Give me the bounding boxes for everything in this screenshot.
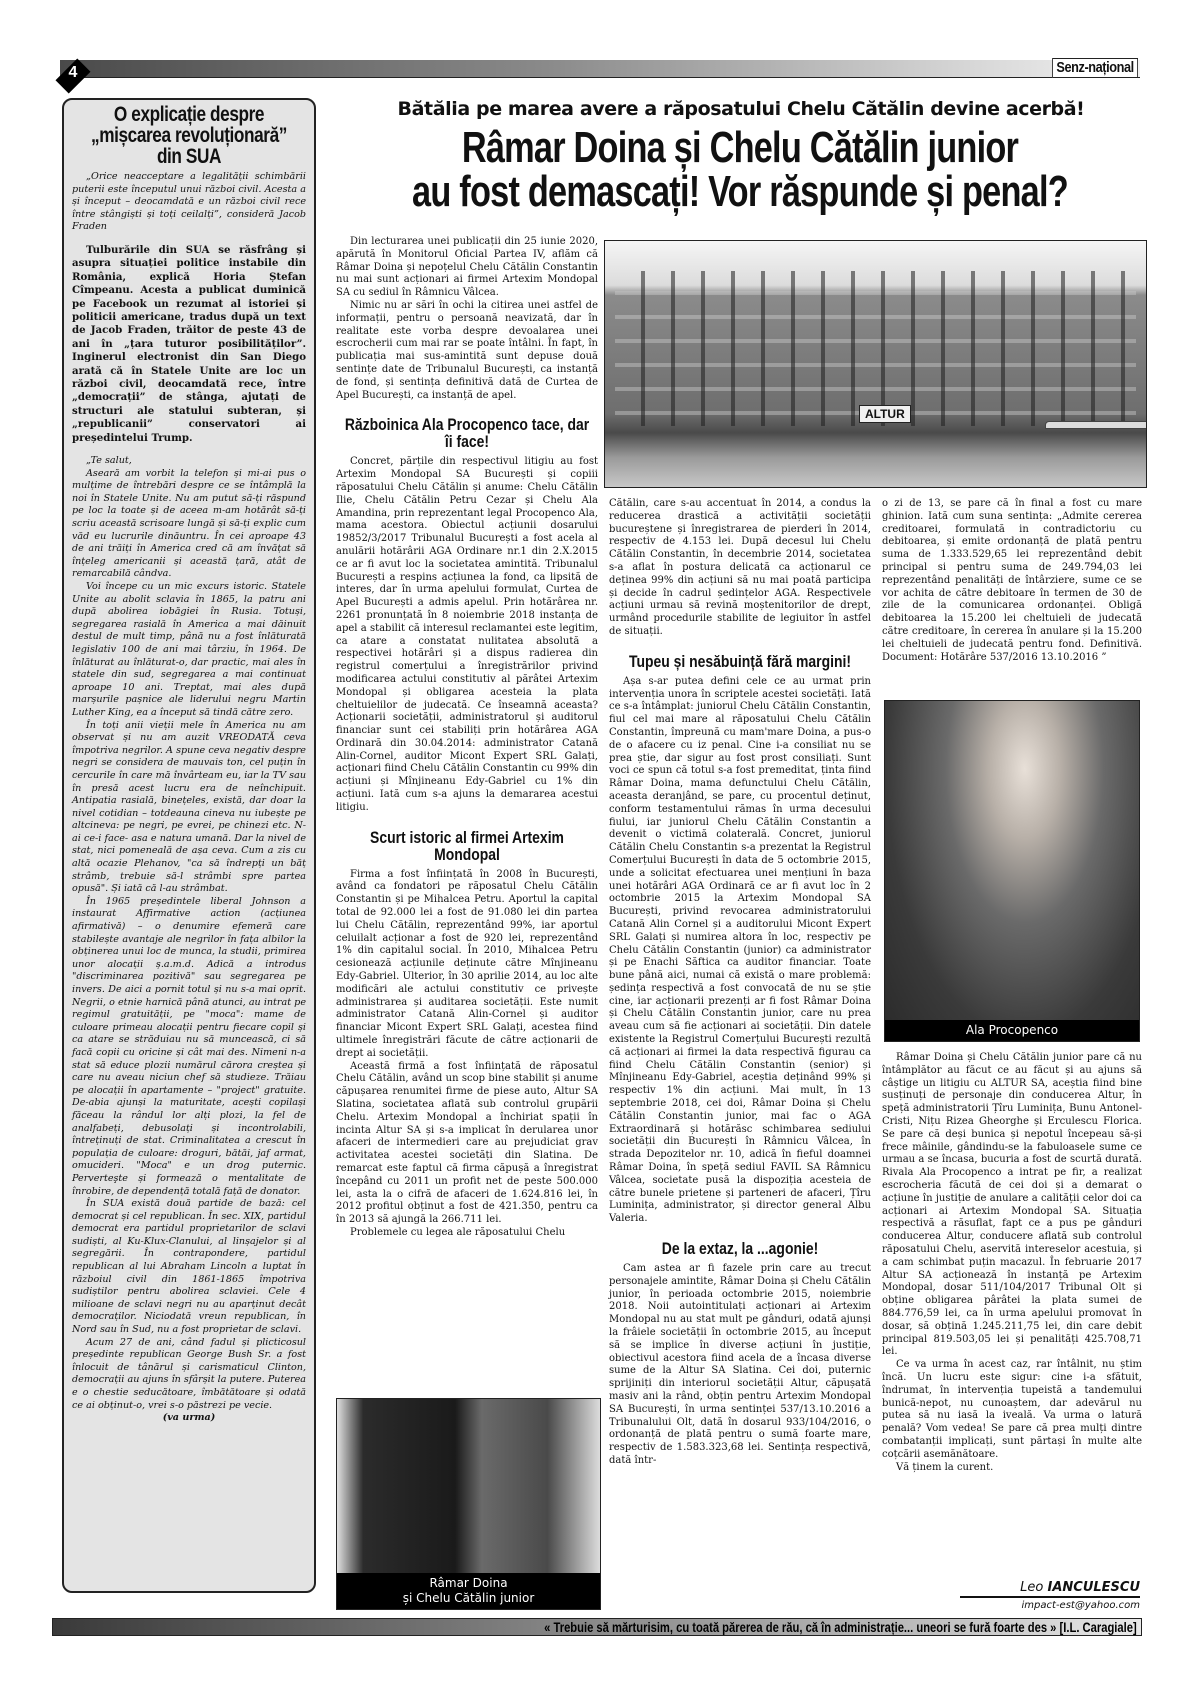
article-paragraph: Această firmă a fost înființată de răpos…	[336, 1061, 598, 1227]
article-paragraph: Așa s-ar putea defini cele ce au urmat p…	[609, 676, 871, 1226]
sidebar-paragraph: Acum 27 de ani, când fadul și plicticosu…	[72, 1337, 306, 1413]
article-paragraph: Nimic nu ar sări în ochi la citirea unei…	[336, 300, 598, 402]
headline-line: au fost demascați! Vor răspunde și penal…	[327, 170, 1154, 214]
altur-sign: ALTUR	[859, 405, 911, 423]
ala-procopenco-photo: Ala Procopenco	[884, 700, 1140, 1042]
footer-quote-bar: « Trebuie să mărturisim, cu toată părere…	[52, 1618, 1142, 1636]
page-number: 4	[69, 64, 78, 82]
author-name: Leo IANCULESCU	[960, 1580, 1140, 1598]
article-paragraph: Cam astea ar fi fazele prin care au trec…	[609, 1263, 871, 1468]
article-column-1: Din lecturarea unei publicații din 25 iu…	[336, 236, 598, 1240]
bus-shelter	[1045, 421, 1147, 429]
article-paragraph: Problemele cu legea ale răposatului Chel…	[336, 1227, 598, 1240]
article-paragraph: Râmar Doina și Chelu Cătălin junior pare…	[882, 1052, 1142, 1359]
ramar-doina-chelu-photo: Râmar Doina și Chelu Cătălin junior	[336, 1398, 601, 1610]
article-paragraph: Concret, părțile din respectivul litigiu…	[336, 456, 598, 814]
article-headline: Râmar Doina și Chelu Cătălin junior au f…	[420, 126, 1060, 214]
building-facade	[615, 271, 1136, 426]
author-signature: Leo IANCULESCU impact-est@yahoo.com	[960, 1580, 1140, 1611]
subheading: Războinica Ala Procopenco tace, dar îi f…	[343, 416, 591, 450]
sidebar-paragraph: Voi începe cu un mic excurs istoric. Sta…	[72, 581, 306, 720]
footer-quote: « Trebuie să mărturisim, cu toată părere…	[544, 1619, 1137, 1635]
article-paragraph: Vă ținem la curent.	[882, 1462, 1142, 1475]
article-column-3-continued: Râmar Doina și Chelu Cătălin junior pare…	[882, 1052, 1142, 1474]
sidebar-title-line: O explicație despre	[114, 103, 264, 126]
subheading: Tupeu și nesăbuință fără margini!	[616, 653, 864, 670]
sidebar-quote: „Orice neacceptare a legalității schimbă…	[72, 171, 306, 234]
caption-line: și Chelu Cătălin junior	[403, 1591, 535, 1605]
altur-building-photo: ALTUR	[604, 240, 1147, 488]
sidebar-paragraph: Aseară am vorbit la telefon și mi-ai pus…	[72, 468, 306, 581]
sidebar-paragraph: În SUA există două partide de bază: cel …	[72, 1198, 306, 1337]
sidebar-lead: Tulburările din SUA se răsfrâng și asupr…	[72, 244, 306, 445]
sidebar-article: O explicație despre „mișcarea revoluțion…	[62, 98, 316, 1593]
photo-caption: Râmar Doina și Chelu Cătălin junior	[337, 1573, 600, 1609]
article-paragraph: Firma a fost înființată în 2008 în Bucur…	[336, 869, 598, 1061]
subheading: Scurt istoric al firmei Artexim Mondopal	[343, 829, 591, 863]
article-paragraph: Ce va urma în acest caz, rar întâlnit, n…	[882, 1359, 1142, 1461]
article-column-2: Cătălin, care s-au accentuat în 2014, a …	[609, 498, 871, 1468]
header-bar	[60, 60, 1140, 78]
photo-caption: Ala Procopenco	[885, 1020, 1139, 1041]
page-number-badge: 4	[60, 56, 86, 96]
subheading: De la extaz, la ...agonie!	[616, 1240, 864, 1257]
sidebar-paragraph: În 1965 președintele liberal Johnson a i…	[72, 896, 306, 1198]
sidebar-title: O explicație despre „mișcarea revoluțion…	[77, 104, 302, 167]
headline-line: Râmar Doina și Chelu Cătălin junior	[327, 126, 1154, 170]
article-paragraph: Din lecturarea unei publicații din 25 iu…	[336, 236, 598, 300]
article-kicker: Bătălia pe marea avere a răposatului Che…	[336, 98, 1146, 120]
sidebar-title-line: din SUA	[157, 145, 221, 168]
to-be-continued: (va urma)	[72, 1412, 306, 1425]
article-paragraph: Cătălin, care s-au accentuat în 2014, a …	[609, 498, 871, 639]
caption-line: Râmar Doina	[429, 1576, 507, 1590]
article-paragraph: o zi de 13, se pare că în final a fost c…	[882, 498, 1142, 664]
sidebar-paragraph: „Te salut,	[72, 455, 306, 468]
sidebar-paragraph: În toți anii vieții mele în America nu a…	[72, 720, 306, 896]
author-email[interactable]: impact-est@yahoo.com	[960, 1600, 1140, 1611]
author-first-name: Leo	[1020, 1580, 1043, 1595]
section-brand: Senz-național	[1052, 58, 1138, 78]
article-column-3: o zi de 13, se pare că în final a fost c…	[882, 498, 1142, 664]
sidebar-title-line: „mișcarea revoluționară”	[91, 124, 287, 147]
author-last-name: IANCULESCU	[1048, 1580, 1141, 1595]
